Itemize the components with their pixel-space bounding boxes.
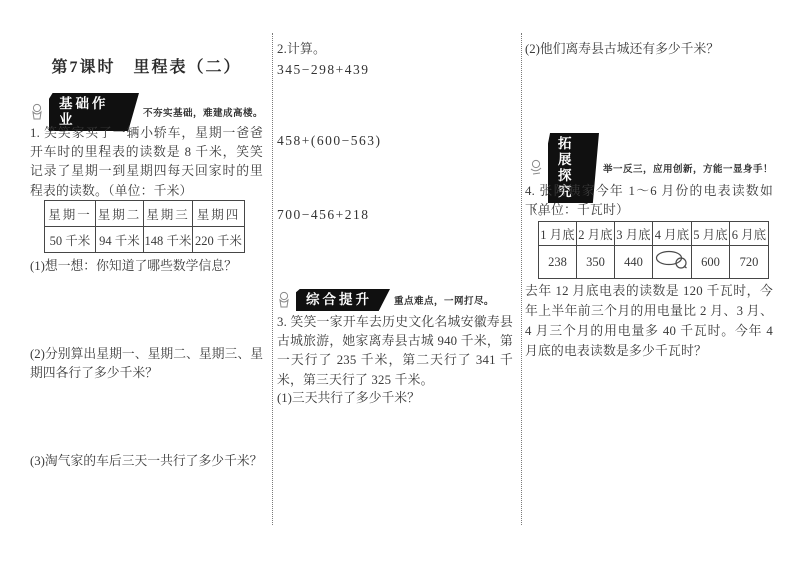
mascot-basic-icon xyxy=(30,103,45,121)
q4-value-jan: 238 xyxy=(539,246,577,279)
q4-header-apr: 4 月底 xyxy=(653,222,692,246)
q1-sub3: (3)淘气家的车后三天一共行了多少千米？ xyxy=(30,452,263,471)
q2-expression-1: 345−298+439 xyxy=(277,62,513,78)
q4-header-may: 5 月底 xyxy=(692,222,730,246)
section-comprehensive: 综合提升 重点难点，一网打尽。 xyxy=(277,288,513,312)
q1-value-mon: 50 千米 xyxy=(45,227,96,253)
mascot-comprehensive-icon xyxy=(277,291,292,309)
q4-meter-table: 1 月底 2 月底 3 月底 4 月底 5 月底 6 月底 238 350 44… xyxy=(538,221,769,279)
q4-value-feb: 350 xyxy=(577,246,615,279)
q1-value-wed: 148 千米 xyxy=(144,227,193,253)
q1-text: 1. 笑笑家买了一辆小轿车，星期一爸爸开车时的里程表的读数是 8 千米，笑笑记录… xyxy=(30,124,263,201)
q1-value-thu: 220 千米 xyxy=(193,227,245,253)
q4-header-feb: 2 月底 xyxy=(577,222,615,246)
q1-header-thu: 星期四 xyxy=(193,201,245,227)
q1-value-tue: 94 千米 xyxy=(96,227,144,253)
q1-sub1: (1)想一想：你知道了哪些数学信息？ xyxy=(30,257,263,276)
q4-table-header-row: 1 月底 2 月底 3 月底 4 月底 5 月底 6 月底 xyxy=(539,222,769,246)
q4-table-value-row: 238 350 440 600 720 xyxy=(539,246,769,279)
q2-label: 2.计算。 xyxy=(277,40,513,59)
q3-text: 3. 笑笑一家开车去历史文化名城安徽寿县古城旅游，她家离寿县古城 940 千米，… xyxy=(277,313,513,390)
q1-header-tue: 星期二 xyxy=(96,201,144,227)
section-extension: 拓展探究 举一反三，应用创新，方能一显身手！ xyxy=(529,156,773,180)
q3-sub1: (1)三天共行了多少千米？ xyxy=(277,389,513,408)
q3-sub2: (2)他们离寿县古城还有多少千米？ xyxy=(525,40,773,59)
q4-followup: 去年 12 月底电表的读数是 120 千瓦时，今年上半年前三个月的用电量比 2 … xyxy=(525,281,773,361)
section-basic: 基础作业 不夯实基础，难建成高楼。 xyxy=(30,100,263,124)
page-title: 第7课时 里程表（二） xyxy=(30,54,263,77)
q2-expression-2: 458+(600−563) xyxy=(277,133,513,149)
section-extension-tagline: 举一反三，应用创新，方能一显身手！ xyxy=(603,161,773,175)
mascot-extension-icon xyxy=(529,159,544,177)
q4-value-may: 600 xyxy=(692,246,730,279)
column-divider-right xyxy=(521,33,522,525)
q4-unit: （单位：千瓦时） xyxy=(525,201,773,220)
column-1: 第7课时 里程表（二） 基础作业 不夯实基础，难建成高楼。 1. 笑笑家买了一辆… xyxy=(30,0,263,568)
section-basic-tagline: 不夯实基础，难建成高楼。 xyxy=(143,105,263,119)
q4-header-mar: 3 月底 xyxy=(615,222,653,246)
column-3: (2)他们离寿县古城还有多少千米？ 拓展探究 举一反三，应用创新，方能一显身手！… xyxy=(525,0,773,568)
section-comprehensive-badge: 综合提升 xyxy=(296,289,390,311)
q1-header-mon: 星期一 xyxy=(45,201,96,227)
q1-table-header-row: 星期一 星期二 星期三 星期四 xyxy=(45,201,245,227)
q4-header-jan: 1 月底 xyxy=(539,222,577,246)
worksheet-page: 第7课时 里程表（二） 基础作业 不夯实基础，难建成高楼。 1. 笑笑家买了一辆… xyxy=(0,0,793,568)
q4-value-mar: 440 xyxy=(615,246,653,279)
q1-sub2: (2)分别算出星期一、星期二、星期三、星期四各行了多少千米？ xyxy=(30,345,263,383)
q4-header-jun: 6 月底 xyxy=(730,222,769,246)
q4-value-jun: 720 xyxy=(730,246,769,279)
q1-header-wed: 星期三 xyxy=(144,201,193,227)
ink-blot-icon xyxy=(655,249,689,271)
column-divider-left xyxy=(272,33,273,525)
column-2: 2.计算。 345−298+439 458+(600−563) 700−456+… xyxy=(277,0,513,568)
q2-expression-3: 700−456+218 xyxy=(277,207,513,223)
section-comprehensive-tagline: 重点难点，一网打尽。 xyxy=(394,293,494,307)
q1-mileage-table: 星期一 星期二 星期三 星期四 50 千米 94 千米 148 千米 220 千… xyxy=(44,200,245,253)
q1-table-value-row: 50 千米 94 千米 148 千米 220 千米 xyxy=(45,227,245,253)
q4-value-apr xyxy=(653,246,692,279)
